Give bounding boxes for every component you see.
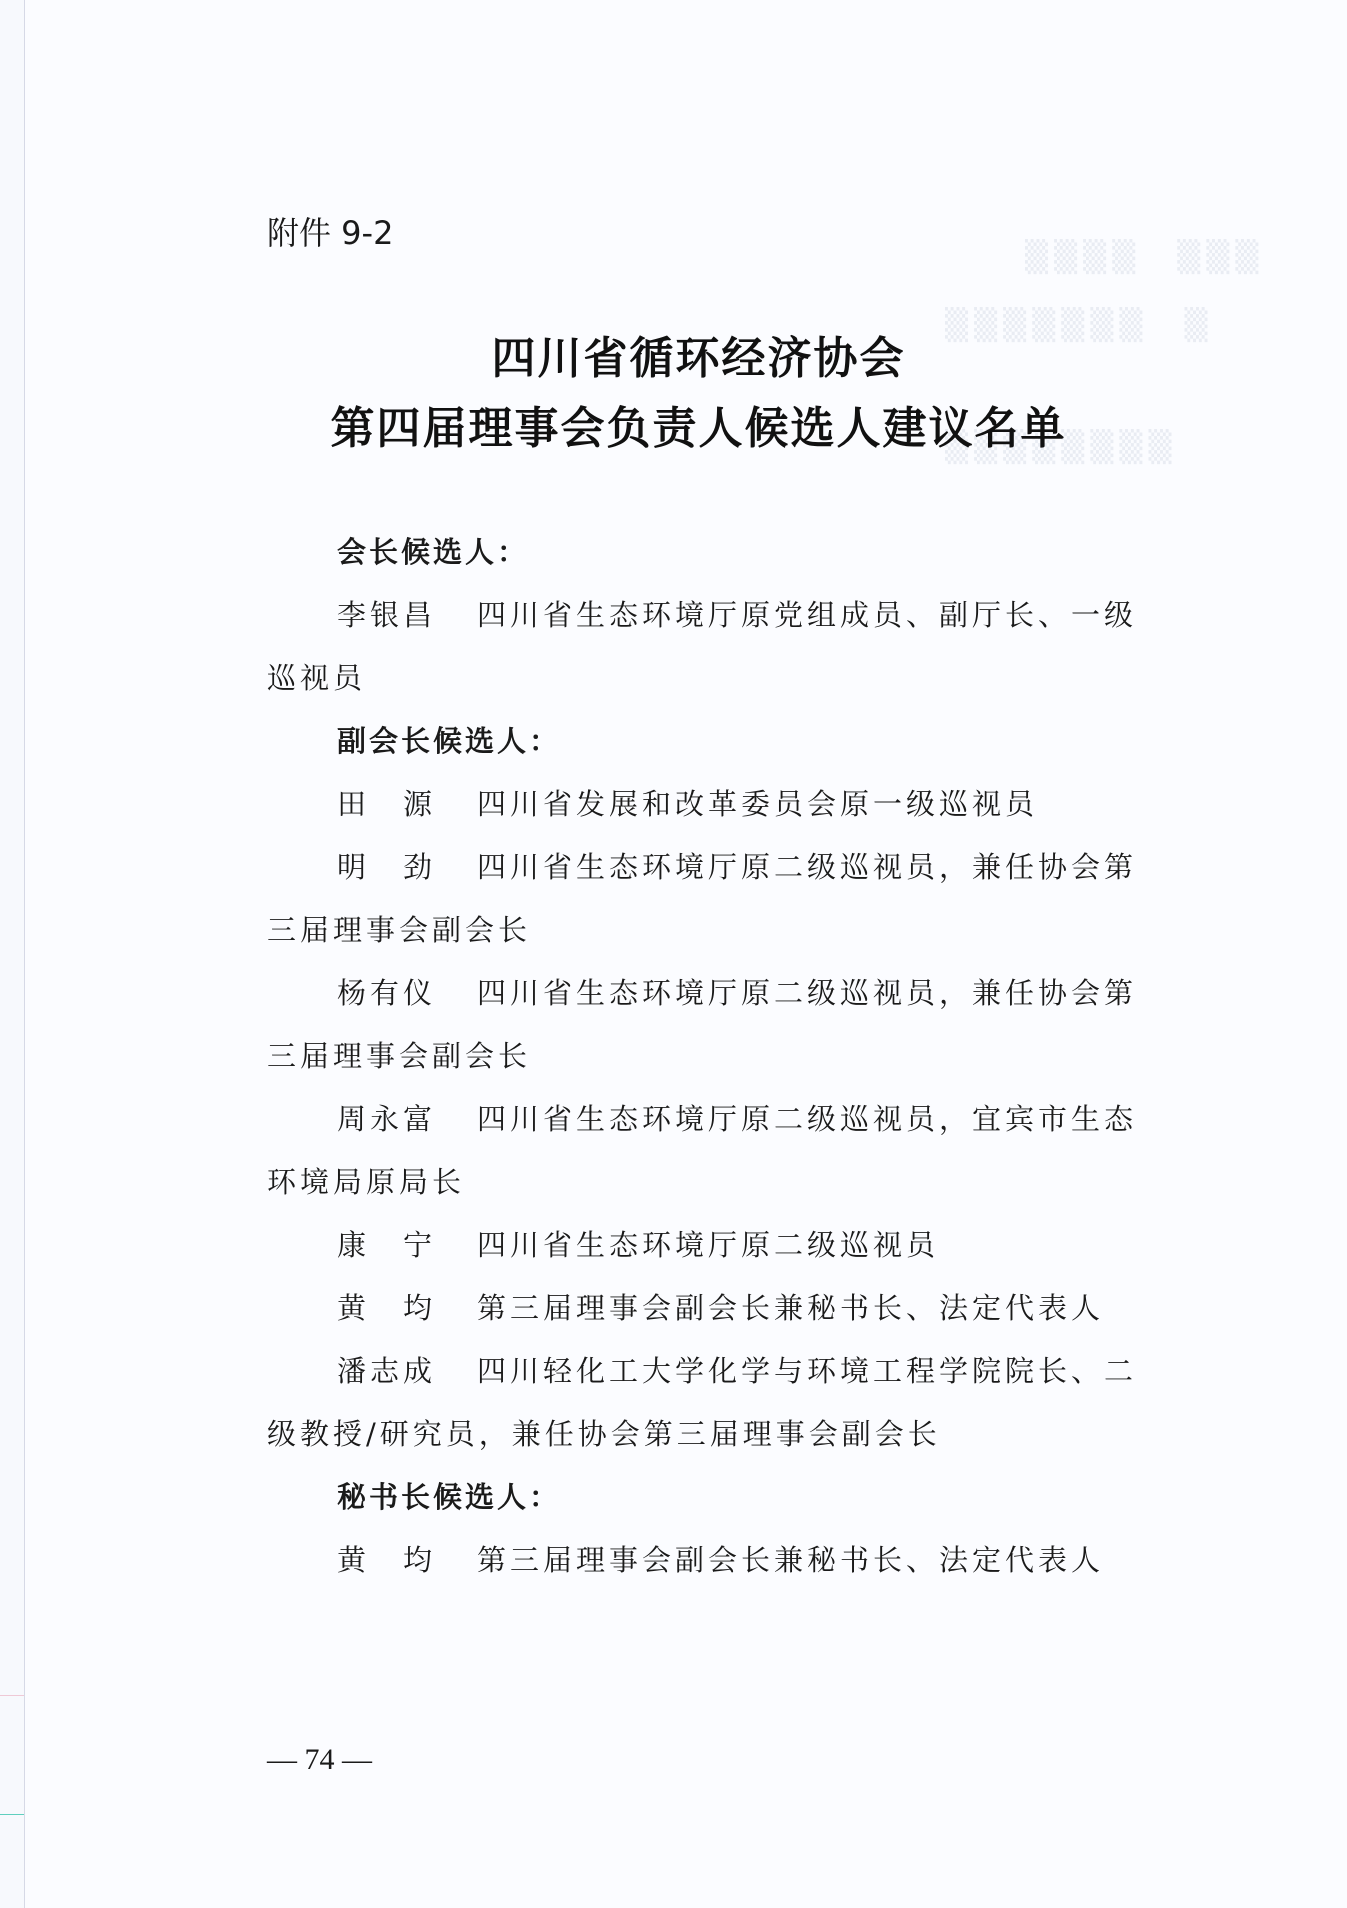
candidate-desc: 第三届理事会副会长兼秘书长、法定代表人 [477, 1291, 1104, 1325]
candidate-desc-cont: 环境局原局长 [267, 1160, 465, 1201]
candidate-desc: 四川轻化工大学化学与环境工程学院院长、二 [477, 1354, 1137, 1388]
candidate-desc-cont: 级教授/研究员，兼任协会第三届理事会副会长 [267, 1412, 941, 1453]
candidate-desc-cont: 三届理事会副会长 [267, 1034, 531, 1075]
candidate-entry: 康 宁四川省生态环境厅原二级巡视员 [337, 1223, 939, 1264]
candidate-desc-cont: 三届理事会副会长 [267, 908, 531, 949]
candidate-entry: 潘志成四川轻化工大学化学与环境工程学院院长、二 [337, 1349, 1137, 1390]
section-heading-president: 会长候选人： [337, 530, 529, 571]
candidate-entry: 黄 均第三届理事会副会长兼秘书长、法定代表人 [337, 1286, 1104, 1327]
section-heading-vice-president: 副会长候选人： [337, 719, 561, 760]
scan-edge-mark [0, 1695, 24, 1696]
document-title-line-2: 第四届理事会负责人候选人建议名单 [25, 392, 1347, 456]
candidate-entry: 明 劲四川省生态环境厅原二级巡视员，兼任协会第 [337, 845, 1137, 886]
show-through-text: ▒▒▒▒ ▒▒▒ [1025, 232, 1265, 276]
candidate-desc: 四川省生态环境厅原二级巡视员，宜宾市生态 [477, 1102, 1137, 1136]
candidate-name: 周永富 [337, 1097, 477, 1138]
document-title-line-1: 四川省循环经济协会 [25, 322, 1347, 386]
candidate-desc: 第三届理事会副会长兼秘书长、法定代表人 [477, 1543, 1104, 1577]
candidate-name: 黄 均 [337, 1538, 477, 1579]
candidate-entry: 田 源四川省发展和改革委员会原一级巡视员 [337, 782, 1038, 823]
attachment-label: 附件 9-2 [267, 208, 393, 254]
candidate-desc: 四川省发展和改革委员会原一级巡视员 [477, 787, 1038, 821]
candidate-name: 康 宁 [337, 1223, 477, 1264]
candidate-desc: 四川省生态环境厅原二级巡视员，兼任协会第 [477, 850, 1137, 884]
candidate-desc: 四川省生态环境厅原二级巡视员 [477, 1228, 939, 1262]
candidate-name: 杨有仪 [337, 971, 477, 1012]
candidate-entry: 黄 均第三届理事会副会长兼秘书长、法定代表人 [337, 1538, 1104, 1579]
candidate-desc: 四川省生态环境厅原二级巡视员，兼任协会第 [477, 976, 1137, 1010]
document-page: ▒▒▒▒ ▒▒▒ ▒▒▒▒▒▒▒ ▒ ▒▒▒▒▒▒▒▒ 附件 9-2 四川省循环… [24, 0, 1347, 1908]
candidate-entry: 李银昌四川省生态环境厅原党组成员、副厅长、一级 [337, 593, 1137, 634]
candidate-entry: 周永富四川省生态环境厅原二级巡视员，宜宾市生态 [337, 1097, 1137, 1138]
candidate-desc: 四川省生态环境厅原党组成员、副厅长、一级 [477, 598, 1137, 632]
page-number: — 74 — [267, 1743, 372, 1777]
candidate-desc-cont: 巡视员 [267, 656, 366, 697]
candidate-entry: 杨有仪四川省生态环境厅原二级巡视员，兼任协会第 [337, 971, 1137, 1012]
scan-edge-mark [0, 1814, 24, 1815]
candidate-name: 黄 均 [337, 1286, 477, 1327]
candidate-name: 李银昌 [337, 593, 477, 634]
candidate-name: 田 源 [337, 782, 477, 823]
section-heading-secretary-general: 秘书长候选人： [337, 1475, 561, 1516]
candidate-name: 潘志成 [337, 1349, 477, 1390]
candidate-name: 明 劲 [337, 845, 477, 886]
